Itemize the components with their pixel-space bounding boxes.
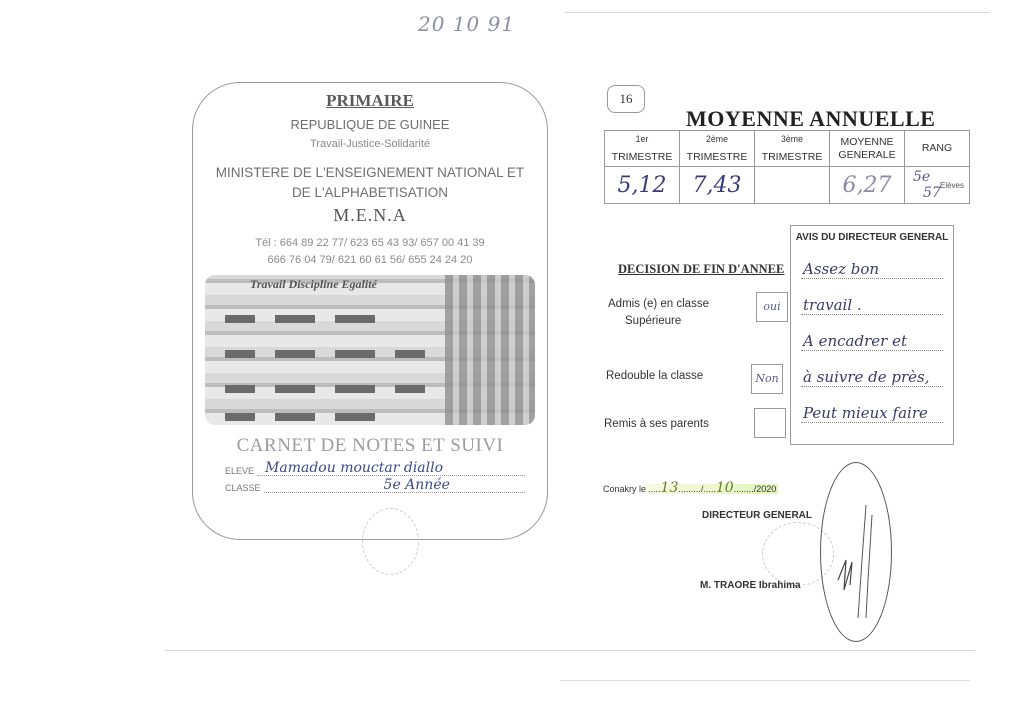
signature-strokes-icon: [836, 500, 876, 620]
booklet-title: CARNET DE NOTES ET SUIVI: [193, 435, 547, 457]
ministry-name: MINISTERE DE L'ENSEIGNEMENT NATIONAL ET …: [193, 163, 547, 203]
building-columns: [445, 275, 535, 425]
booklet-cover-card: PRIMAIRE REPUBLIQUE DE GUINEE Travail-Ju…: [192, 82, 548, 540]
decision-admitted-box: oui: [756, 292, 788, 322]
photo-caption: Travail Discipline Egalité: [250, 277, 377, 292]
opinion-line: Assez bon: [801, 252, 943, 279]
rank-position: 5e: [913, 169, 930, 185]
opinion-line: Peut mieux faire: [801, 396, 943, 423]
telephone-numbers: Tél : 664 89 22 77/ 623 65 43 93/ 657 00…: [193, 235, 547, 269]
header-rank: RANG: [905, 131, 970, 167]
faint-stamp-left: [362, 508, 419, 575]
header-trimester-2: 2èmeTRIMESTRE: [680, 131, 755, 167]
header-trimester-1: 1erTRIMESTRE: [605, 131, 680, 167]
date-line: Conakry le.....13........./.....10......…: [603, 480, 778, 496]
grades-header-row: 1erTRIMESTRE 2èmeTRIMESTRE 3èmeTRIMESTRE…: [605, 131, 970, 167]
trimester-3-grade: [755, 167, 830, 204]
opinion-line: A encadrer et: [801, 324, 943, 351]
trimester-2-grade: 7,43: [680, 167, 755, 204]
scan-edge-top: [565, 12, 990, 13]
opinion-line: à suivre de près,: [801, 360, 943, 387]
level-heading: PRIMAIRE: [193, 91, 547, 111]
handwritten-reference-number: 20 10 91: [418, 12, 515, 36]
ministry-acronym: M.E.N.A: [193, 205, 547, 226]
class-value: 5e Année: [384, 477, 450, 493]
student-label: ELEVE: [225, 466, 254, 476]
telephone-line-2: 666 76 04 79/ 621 60 61 56/ 655 24 24 20: [193, 252, 547, 269]
director-opinion-title: AVIS DU DIRECTEUR GENERAL: [791, 232, 953, 243]
grades-table: 1erTRIMESTRE 2èmeTRIMESTRE 3èmeTRIMESTRE…: [604, 130, 970, 204]
grades-value-row: 5,12 7,43 6,27 5e Elèves 57: [605, 167, 970, 204]
decision-returned-label: Remis à ses parents: [604, 416, 709, 433]
country-name: REPUBLIQUE DE GUINEE: [193, 117, 547, 132]
annual-average-title: MOYENNE ANNUELLE: [686, 106, 935, 132]
class-field: CLASSE 5e Année: [225, 478, 525, 493]
decision-returned-box: [754, 408, 786, 438]
student-name: Mamadou mouctar diallo: [265, 460, 443, 476]
telephone-line-1: Tél : 664 89 22 77/ 623 65 43 93/ 657 00…: [193, 235, 547, 252]
signatory-title: DIRECTEUR GENERAL: [702, 510, 812, 521]
header-general-average: MOYENNEGENERALE: [830, 131, 905, 167]
ministry-line-1: MINISTERE DE L'ENSEIGNEMENT NATIONAL ET: [193, 163, 547, 183]
trimester-1-grade: 5,12: [605, 167, 680, 204]
student-field: ELEVE Mamadou mouctar diallo: [225, 461, 525, 476]
decision-repeat-label: Redouble la classe: [606, 368, 703, 385]
date-year: /2020: [754, 484, 777, 494]
scan-edge-bottom: [165, 650, 975, 651]
ministry-line-2: DE L'ALPHABETISATION: [193, 183, 547, 203]
class-label: CLASSE: [225, 483, 261, 493]
decision-repeat-box: Non: [751, 364, 783, 394]
scan-edge-bottom-2: [560, 680, 970, 681]
signatory-name: M. TRAORE Ibrahima: [700, 580, 801, 591]
page-number: 16: [607, 85, 645, 113]
date-day: 13: [661, 480, 679, 496]
rank-total: 57: [923, 185, 941, 201]
school-building-photo: Travail Discipline Egalité: [205, 275, 535, 425]
opinion-line: travail .: [801, 288, 943, 315]
decision-admitted-label: Admis (e) en classe Supérieure: [608, 296, 709, 330]
general-average-grade: 6,27: [830, 167, 905, 204]
director-opinion-box: AVIS DU DIRECTEUR GENERAL Assez bon trav…: [790, 225, 954, 445]
date-month: 10: [716, 480, 734, 496]
decision-title: DECISION DE FIN D'ANNEE: [618, 262, 784, 277]
rank-label: Elèves: [940, 181, 964, 190]
header-trimester-3: 3èmeTRIMESTRE: [755, 131, 830, 167]
national-motto: Travail-Justice-Solidarité: [193, 138, 547, 150]
rank-cell: 5e Elèves 57: [905, 167, 970, 204]
date-prefix: Conakry le: [603, 484, 646, 494]
